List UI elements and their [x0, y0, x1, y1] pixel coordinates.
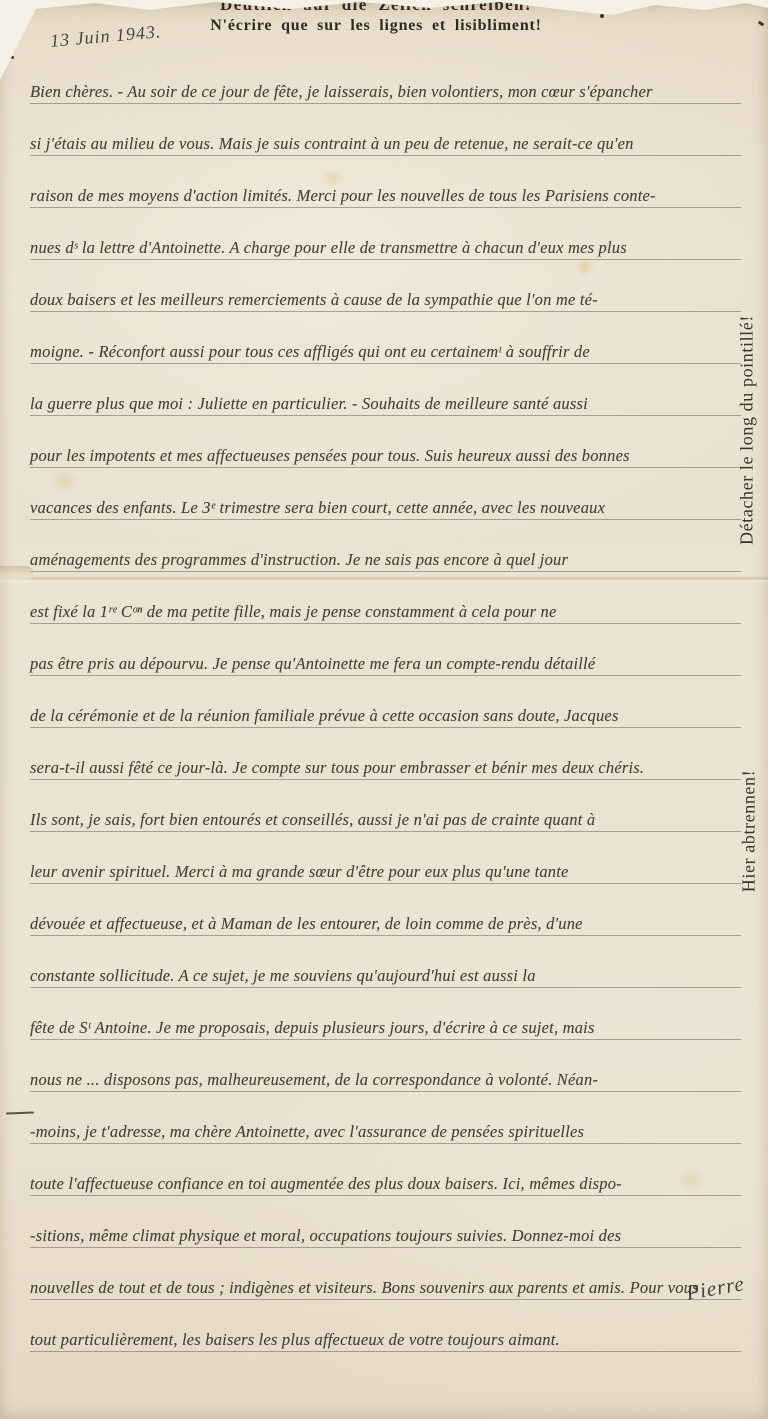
- handwritten-line: constante sollicitude. A ce sujet, je me…: [30, 936, 741, 988]
- margin-note-french-detach: Détacher le long du pointillé!: [737, 315, 758, 545]
- handwritten-line: moigne. - Réconfort aussi pour tous ces …: [30, 312, 741, 364]
- handwritten-line: doux baisers et les meilleurs remercieme…: [30, 260, 741, 312]
- handwritten-text: toute l'affectueuse confiance en toi aug…: [30, 1174, 741, 1195]
- handwritten-text: Ils sont, je sais, fort bien entourés et…: [30, 810, 741, 831]
- handwritten-text: raison de mes moyens d'action limités. M…: [30, 186, 741, 207]
- handwritten-text: nues dˢ la lettre d'Antoinette. A charge…: [30, 238, 741, 259]
- handwritten-line: fête de Sᵗ Antoine. Je me proposais, dep…: [30, 988, 741, 1040]
- handwritten-text: moigne. - Réconfort aussi pour tous ces …: [30, 342, 741, 363]
- handwritten-line: aménagements des programmes d'instructio…: [30, 520, 741, 572]
- handwritten-line: nues dˢ la lettre d'Antoinette. A charge…: [30, 208, 741, 260]
- handwritten-text: nous ne ... disposons pas, malheureuseme…: [30, 1070, 741, 1091]
- handwritten-line: vacances des enfants. Le 3ᵉ trimestre se…: [30, 468, 741, 520]
- handwritten-text: de la cérémonie et de la réunion familia…: [30, 706, 741, 727]
- handwritten-line: sera-t-il aussi fêté ce jour-là. Je comp…: [30, 728, 741, 780]
- handwritten-text: pas être pris au dépourvu. Je pense qu'A…: [30, 654, 741, 675]
- handwritten-line: pas être pris au dépourvu. Je pense qu'A…: [30, 624, 741, 676]
- handwritten-line: nous ne ... disposons pas, malheureuseme…: [30, 1040, 741, 1092]
- handwritten-line: de la cérémonie et de la réunion familia…: [30, 676, 741, 728]
- fold-crease-curl: [0, 566, 34, 580]
- handwritten-text: sera-t-il aussi fêté ce jour-là. Je comp…: [30, 758, 741, 779]
- handwritten-text: -sitions, même climat physique et moral,…: [30, 1226, 741, 1247]
- handwritten-line: tout particulièrement, les baisers les p…: [30, 1300, 741, 1352]
- letter-scan: Deutlich auf die Zeilen schreiben! N'écr…: [0, 0, 768, 1419]
- handwritten-line: leur avenir spirituel. Merci à ma grande…: [30, 832, 741, 884]
- handwritten-text: -moins, je t'adresse, ma chère Antoinett…: [30, 1122, 741, 1143]
- handwritten-line: nouvelles de tout et de tous ; indigènes…: [30, 1248, 741, 1300]
- handwritten-text: fête de Sᵗ Antoine. Je me proposais, dep…: [30, 1018, 741, 1039]
- handwritten-line: Bien chères. - Au soir de ce jour de fêt…: [30, 52, 741, 104]
- handwritten-text: dévouée et affectueuse, et à Maman de le…: [30, 914, 741, 935]
- handwritten-line: la guerre plus que moi : Juliette en par…: [30, 364, 741, 416]
- header-german-instruction: Deutlich auf die Zeilen schreiben!: [0, 0, 752, 15]
- handwritten-text: doux baisers et les meilleurs remercieme…: [30, 290, 741, 311]
- handwritten-line: raison de mes moyens d'action limités. M…: [30, 156, 741, 208]
- handwritten-text: constante sollicitude. A ce sujet, je me…: [30, 966, 741, 987]
- fold-crease: [0, 576, 768, 583]
- handwritten-text: aménagements des programmes d'instructio…: [30, 550, 741, 571]
- handwritten-text: Bien chères. - Au soir de ce jour de fêt…: [30, 82, 741, 103]
- handwritten-line: pour les impotents et mes affectueuses p…: [30, 416, 741, 468]
- handwritten-line: -sitions, même climat physique et moral,…: [30, 1196, 741, 1248]
- ink-dot: [758, 21, 765, 27]
- handwritten-text: si j'étais au milieu de vous. Mais je su…: [30, 134, 741, 155]
- handwritten-line: toute l'affectueuse confiance en toi aug…: [30, 1144, 741, 1196]
- handwritten-text: est fixé la 1ʳᵉ Cᵒⁿ de ma petite fille, …: [30, 602, 741, 623]
- handwritten-line: dévouée et affectueuse, et à Maman de le…: [30, 884, 741, 936]
- margin-note-german-detach: Hier abtrennen!: [739, 770, 760, 892]
- handwritten-text: tout particulièrement, les baisers les p…: [30, 1330, 741, 1351]
- handwritten-line: Ils sont, je sais, fort bien entourés et…: [30, 780, 741, 832]
- ink-dot: [600, 14, 604, 18]
- handwritten-text: pour les impotents et mes affectueuses p…: [30, 446, 741, 467]
- handwritten-text: la guerre plus que moi : Juliette en par…: [30, 394, 741, 415]
- handwritten-text: nouvelles de tout et de tous ; indigènes…: [30, 1278, 741, 1299]
- handwritten-text: leur avenir spirituel. Merci à ma grande…: [30, 862, 741, 883]
- handwritten-text: vacances des enfants. Le 3ᵉ trimestre se…: [30, 498, 741, 519]
- letter-paper: Deutlich auf die Zeilen schreiben! N'écr…: [0, 0, 768, 1419]
- handwritten-line: -moins, je t'adresse, ma chère Antoinett…: [30, 1092, 741, 1144]
- ink-dot: [11, 56, 14, 59]
- handwritten-line: si j'étais au milieu de vous. Mais je su…: [30, 104, 741, 156]
- letter-body: Bien chères. - Au soir de ce jour de fêt…: [30, 52, 741, 1352]
